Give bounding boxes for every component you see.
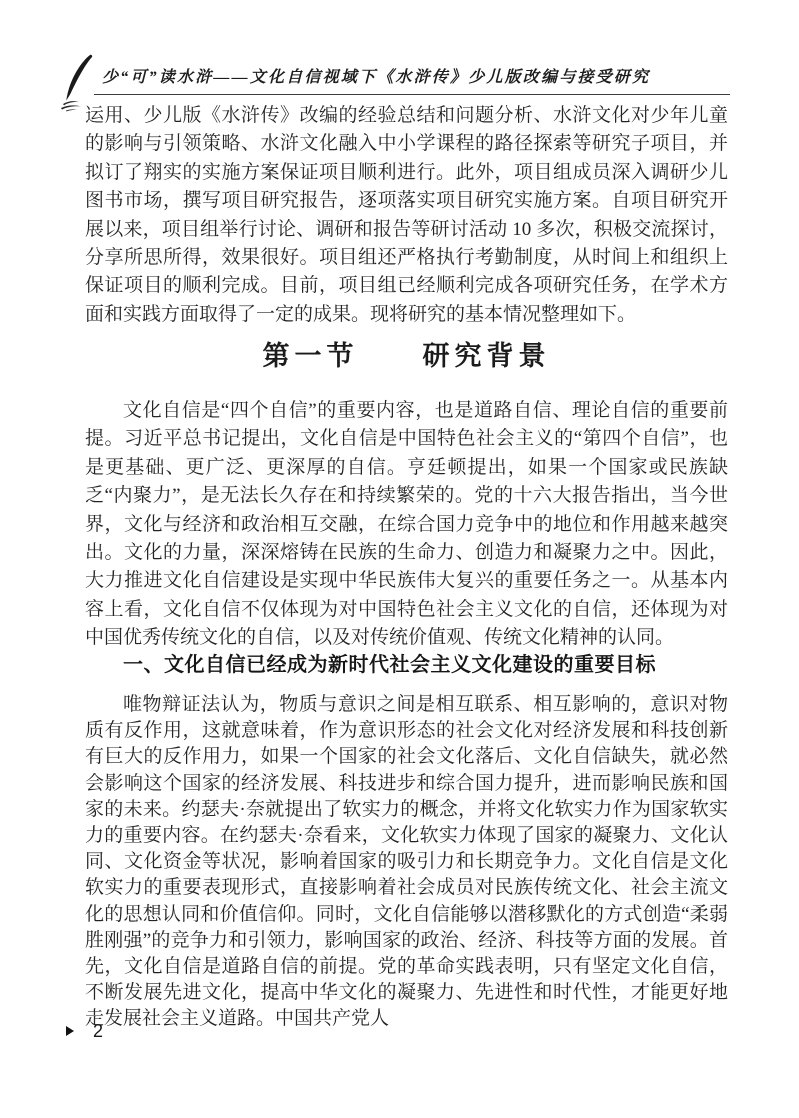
book-page: 少“可”读水浒——文化自信视域下《水浒传》少儿版改编与接受研究 运用、少儿版《水… (0, 0, 799, 1118)
page-footer: 2 (66, 1020, 103, 1042)
header-rule (94, 94, 730, 95)
section-intro-paragraph: 文化自信是“四个自信”的重要内容，也是道路自信、理论自信的重要前提。习近平总书记… (85, 397, 728, 653)
triangle-right-icon (66, 1026, 74, 1036)
running-title: 少“可”读水浒——文化自信视域下《水浒传》少儿版改编与接受研究 (102, 64, 650, 87)
section-title: 第一节 研究背景 (85, 334, 728, 373)
subsection-paragraph: 唯物辩证法认为，物质与意识之间是相互联系、相互影响的，意识对物质有反作用，这就意… (85, 692, 728, 1033)
page-number: 2 (93, 1021, 103, 1042)
subsection-title: 一、文化自信已经成为新时代社会主义文化建设的重要目标 (85, 648, 728, 677)
continuation-paragraph: 运用、少儿版《水浒传》改编的经验总结和问题分析、水浒文化对少年儿童的影响与引领策… (85, 102, 728, 329)
